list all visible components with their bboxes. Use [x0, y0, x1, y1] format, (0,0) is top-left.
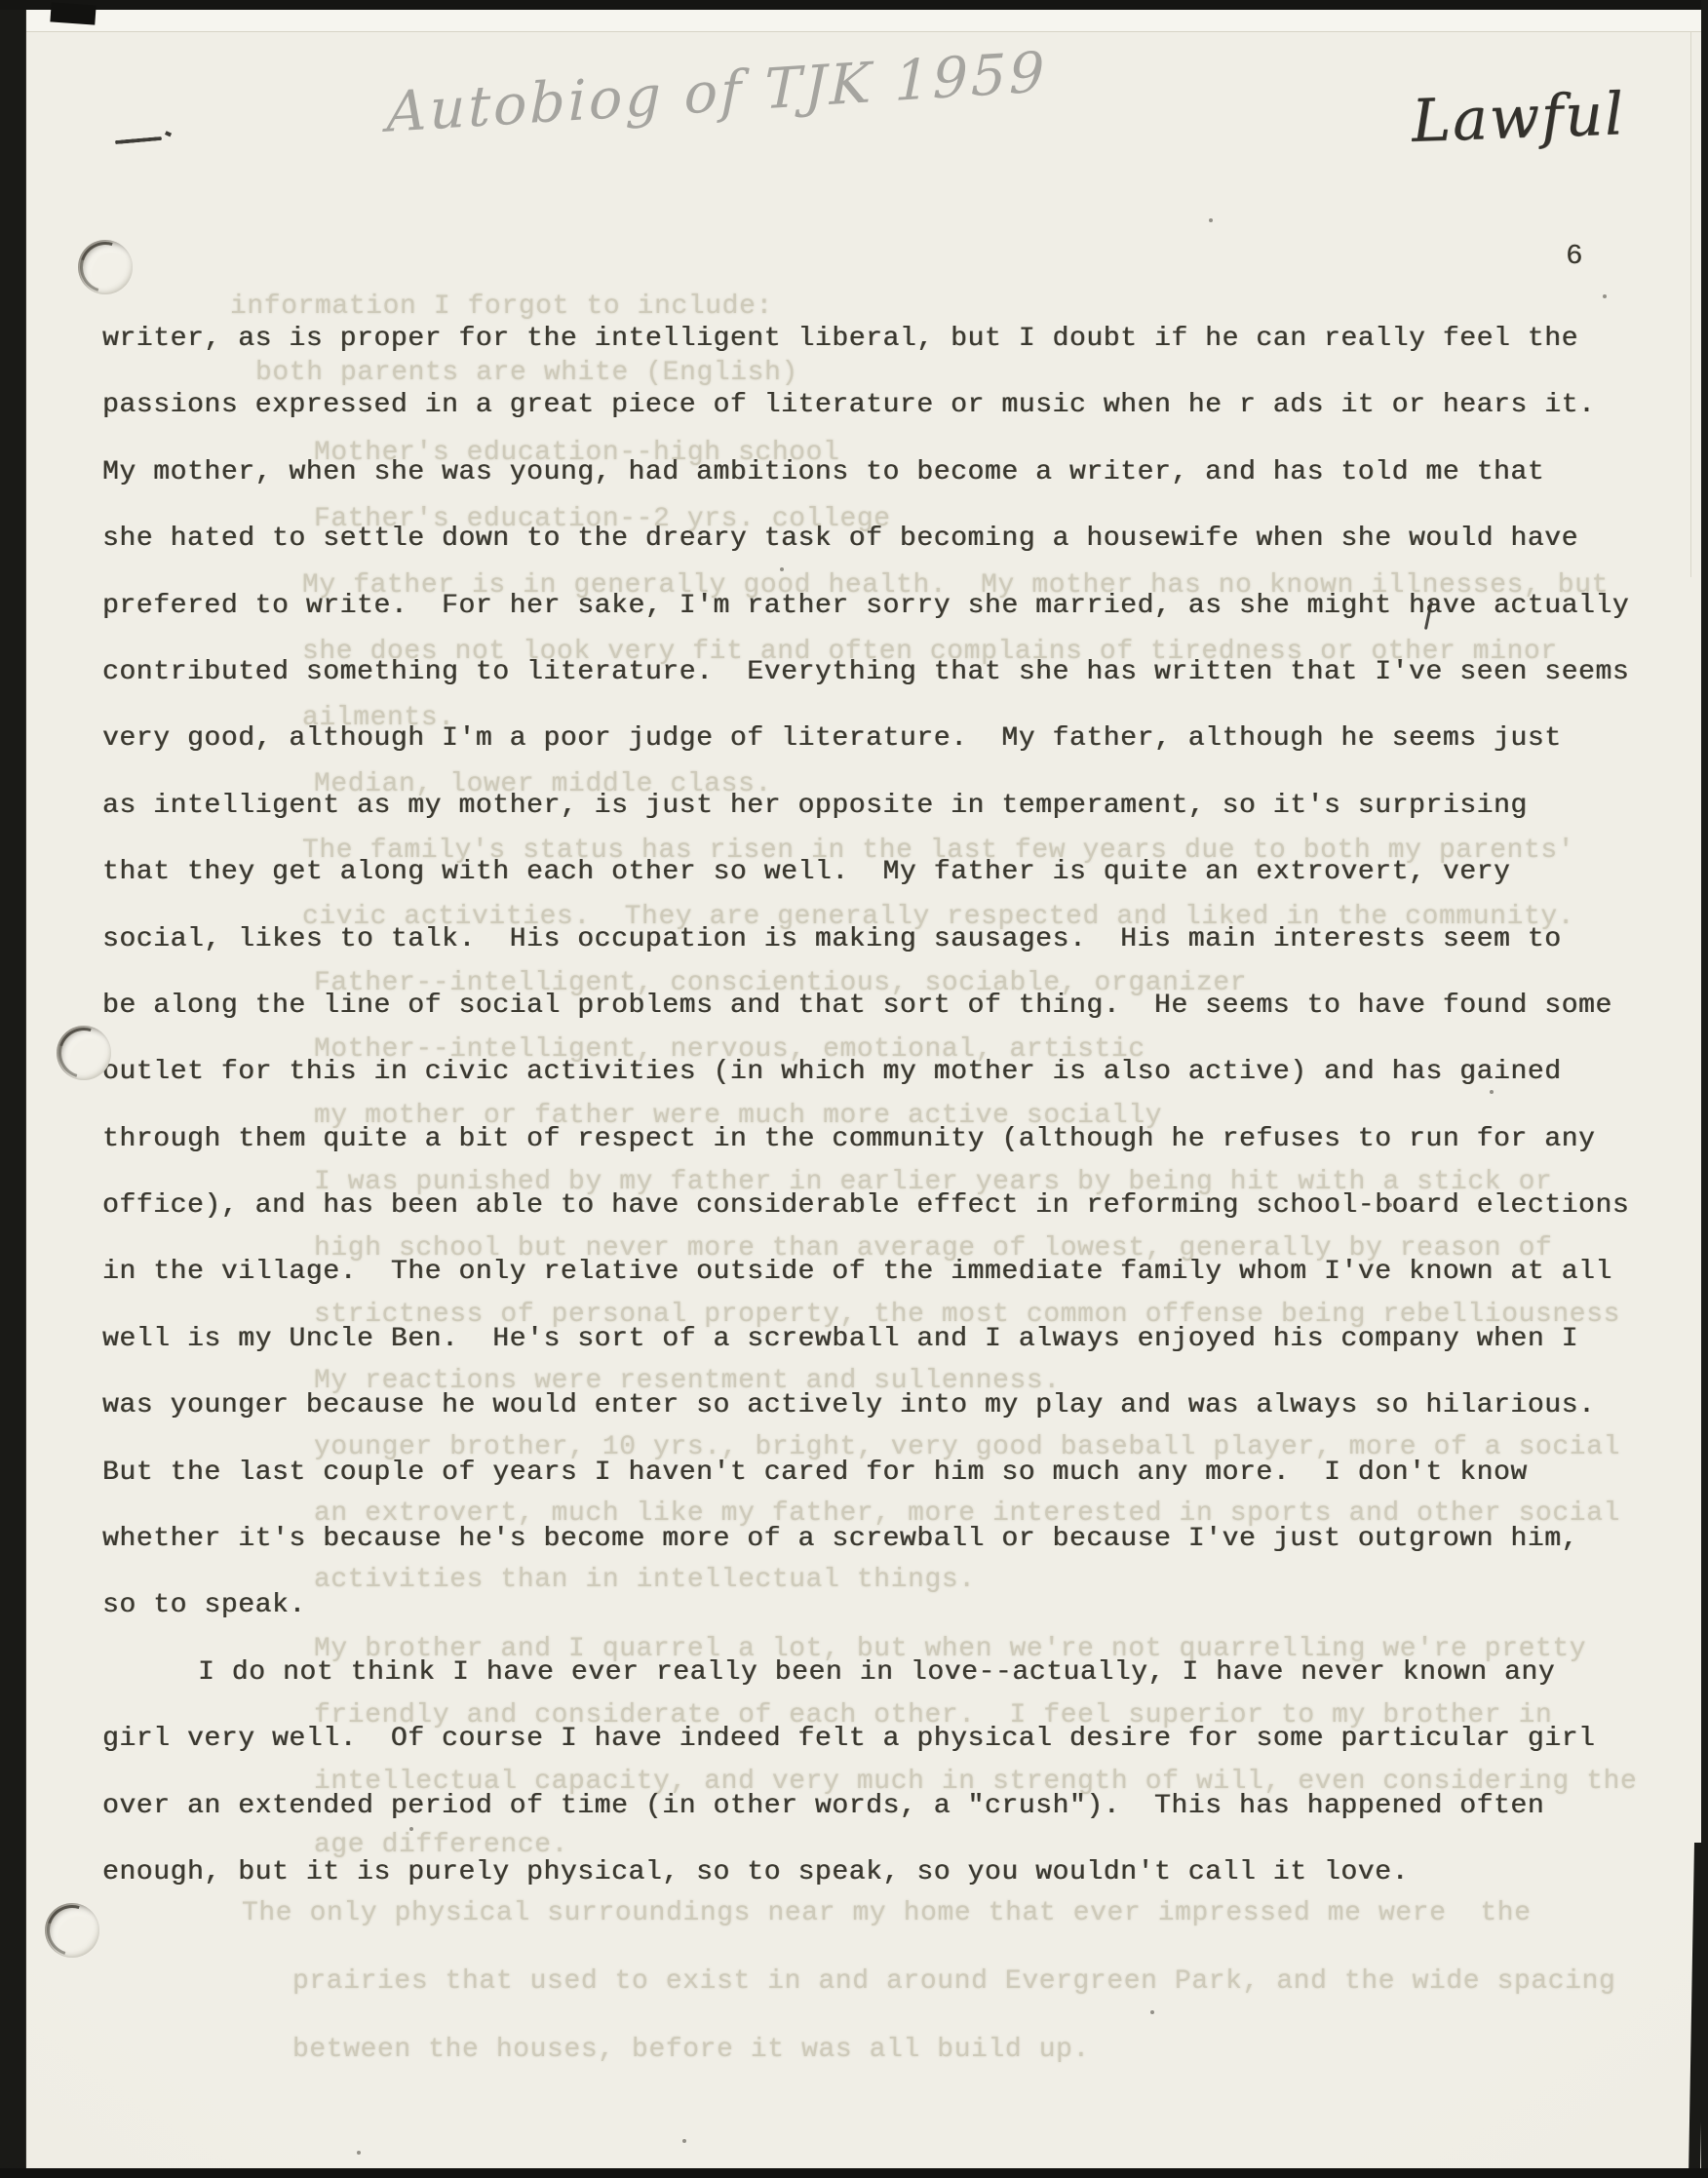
- scan-edge-notch: [50, 2, 96, 24]
- typed-body: writer, as is proper for the intelligent…: [102, 324, 1652, 1924]
- typed-line: outlet for this in civic activities (in …: [102, 1057, 1652, 1123]
- typed-line: over an extended period of time (in othe…: [102, 1791, 1652, 1857]
- typed-line: as intelligent as my mother, is just her…: [102, 791, 1652, 857]
- typed-line: writer, as is proper for the intelligent…: [102, 324, 1652, 390]
- typed-line: whether it's because he's become more of…: [102, 1524, 1652, 1590]
- scan-speck: [1603, 294, 1607, 298]
- typed-line: office), and has been able to have consi…: [102, 1190, 1652, 1257]
- typed-line: in the village. The only relative outsid…: [102, 1257, 1652, 1323]
- typed-line: through them quite a bit of respect in t…: [102, 1124, 1652, 1190]
- scan-edge-left: [0, 0, 26, 2178]
- typed-line: My mother, when she was young, had ambit…: [102, 457, 1652, 524]
- scan-speck: [409, 1827, 413, 1831]
- typed-line: so to speak.: [102, 1590, 1652, 1656]
- scan-speck: [1150, 2010, 1154, 2014]
- scan-speck: [1490, 1090, 1494, 1094]
- typed-line: she hated to settle down to the dreary t…: [102, 524, 1652, 590]
- ink-annotation: Lawful: [1411, 80, 1626, 156]
- scanned-page: { "palette": { "paper": "#f0eee6", "scan…: [0, 0, 1708, 2178]
- scan-edge-top: [0, 0, 1708, 10]
- typed-line: But the last couple of years I haven't c…: [102, 1458, 1652, 1524]
- ghost-line: between the houses, before it was all bu…: [292, 2036, 1090, 2065]
- scan-edge-bottom: [0, 2168, 1708, 2178]
- typed-line: well is my Uncle Ben. He's sort of a scr…: [102, 1324, 1652, 1390]
- scan-speck: [357, 2151, 361, 2155]
- scan-speck: [1209, 218, 1213, 222]
- typed-line: was younger because he would enter so ac…: [102, 1390, 1652, 1457]
- typed-line: girl very well. Of course I have indeed …: [102, 1724, 1652, 1790]
- page-number: 6: [1566, 240, 1582, 272]
- typed-line: social, likes to talk. His occupation is…: [102, 924, 1652, 991]
- typed-line: prefered to write. For her sake, I'm rat…: [102, 591, 1652, 657]
- typed-line: be along the line of social problems and…: [102, 991, 1652, 1057]
- hole-punch: [45, 1903, 99, 1958]
- scan-speck: [1388, 1203, 1392, 1207]
- typed-line: very good, although I'm a poor judge of …: [102, 723, 1652, 790]
- hole-punch: [57, 1026, 111, 1080]
- hole-punch: [78, 240, 133, 294]
- typed-line: passions expressed in a great piece of l…: [102, 390, 1652, 456]
- ghost-line: prairies that used to exist in and aroun…: [292, 1967, 1615, 1997]
- scan-speck: [682, 2139, 686, 2143]
- scan-speck: [780, 567, 784, 571]
- ghost-line: information I forgot to include:: [230, 292, 773, 322]
- typed-line: I do not think I have ever really been i…: [102, 1657, 1652, 1724]
- typed-line: that they get along with each other so w…: [102, 857, 1652, 923]
- typed-line: enough, but it is purely physical, so to…: [102, 1857, 1652, 1924]
- typed-line: contributed something to literature. Eve…: [102, 657, 1652, 723]
